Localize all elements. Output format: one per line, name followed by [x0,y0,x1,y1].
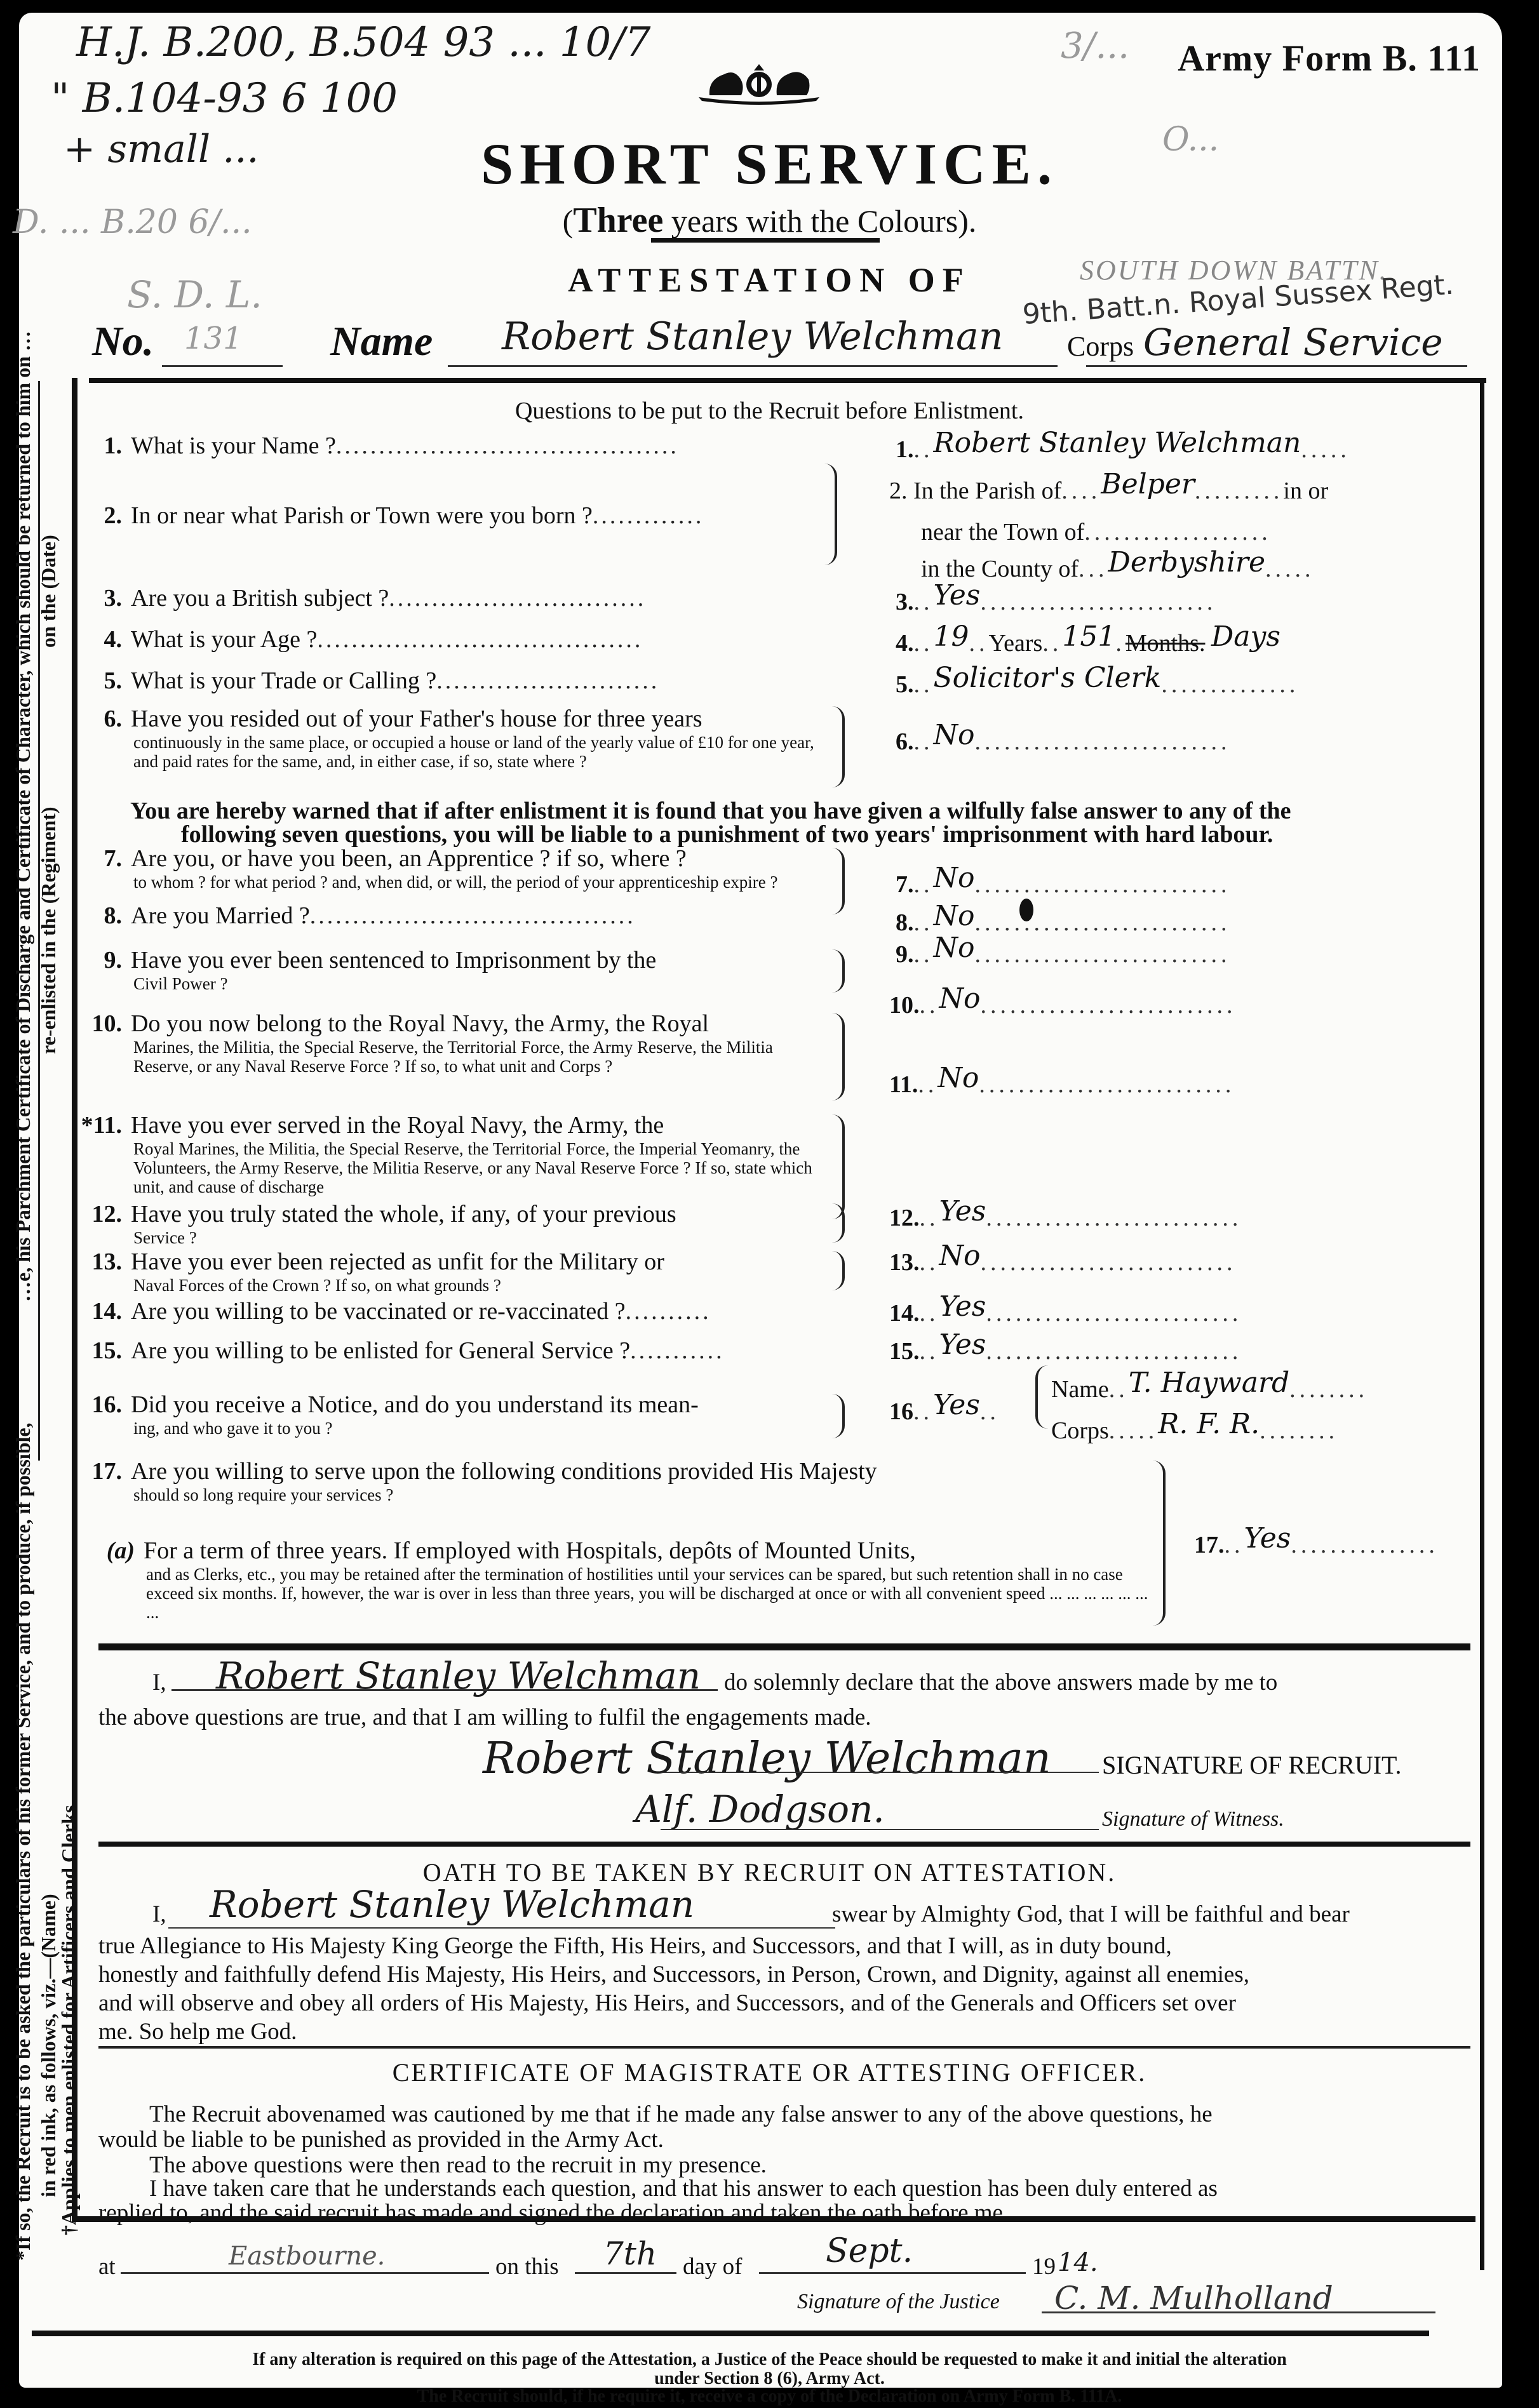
witness-signature-field[interactable]: Alf. Dodgson. [635,1788,885,1831]
oath-prefix: I, [152,1899,166,1930]
answer-6-value[interactable]: No [934,719,975,751]
subtitle-bold: Three [573,201,663,240]
answer-9-value[interactable]: No [934,932,975,964]
answer-16-name: Name..T. Hayward........ [1051,1372,1368,1404]
oath-name-underline [168,1927,835,1929]
question-12: 12.Have you truly stated the whole, if a… [89,1200,835,1247]
form-title: SHORT SERVICE. [0,130,1539,197]
form-number: Army Form B. 111 [1178,37,1481,79]
question-15: 15.Are you willing to be enlisted for Ge… [89,1337,725,1365]
answer-14: 14...Yes.......................... [889,1295,1242,1328]
question-7-brace [832,848,845,914]
name-field[interactable]: Robert Stanley Welchman [502,314,1003,359]
frame-right-rule [1480,378,1484,2270]
answer-12: 12...Yes.......................... [889,1200,1242,1233]
corps-underline [1086,365,1467,367]
answer-5-value[interactable]: Solicitor's Clerk [934,662,1162,694]
answer-16-corps-value[interactable]: R. F. R. [1158,1408,1260,1440]
answer-10-value[interactable]: No [939,982,981,1015]
question-8: 8.Are you Married ?.....................… [89,902,636,930]
title-rule [651,238,880,243]
question-4: 4.What is your Age ?....................… [89,625,643,653]
question-14: 14.Are you willing to be vaccinated or r… [89,1297,711,1325]
answer-13-value[interactable]: No [939,1240,981,1272]
recruit-signature-field[interactable]: Robert Stanley Welchman [483,1734,1051,1784]
at-place-field[interactable]: Eastbourne. [229,2242,385,2271]
no-label: No. [92,318,154,366]
at-underline [121,2272,489,2274]
witness-signature-label: Signature of Witness. [1102,1803,1284,1835]
answer-16: 16..Yes.. [889,1394,1000,1426]
name-label: Name [330,318,433,366]
annotation-line-1: H.J. B.200, B.504 93 ... 10/7 [76,19,651,66]
answer-1-value[interactable]: Robert Stanley Welchman [934,427,1301,459]
answer-16-name-value[interactable]: T. Hayward [1129,1367,1289,1399]
footer-line-3: The Recruit should, if he require it, re… [0,2386,1539,2407]
section-rule-footer [32,2331,1429,2336]
month-underline [759,2272,1026,2274]
no-field[interactable]: 131 [184,321,243,356]
certificate-p3b: replied to, and the said recruit has mad… [98,2197,1003,2229]
witness-signature-underline [661,1829,1099,1830]
answer-4-years-value[interactable]: 19 [934,620,969,653]
day-of-label: day of [683,2251,743,2283]
question-1: 1.What is your Name ?...................… [89,432,679,460]
declaration-text-2: the above questions are true, and that I… [98,1702,871,1734]
question-16: 16.Did you receive a Notice, and do you … [89,1391,835,1438]
answer-12-value[interactable]: Yes [939,1195,986,1227]
year-field[interactable]: 14. [1058,2248,1098,2277]
corps-field[interactable]: General Service [1143,321,1443,364]
answer-13: 13...No.......................... [889,1245,1237,1277]
question-3: 3.Are you a British subject ?...........… [89,584,646,612]
oath-text-3: honestly and faithfully defend His Majes… [98,1959,1249,1991]
justice-signature-label: Signature of the Justice [797,2286,1000,2318]
name-underline [448,365,1058,367]
answer-7-value[interactable]: No [934,862,975,894]
margin-note-outer-top: …e, his Parchment Certificate of Dischar… [11,331,35,1302]
section-rule-declaration [98,1643,1470,1650]
on-this-label: on this [495,2251,559,2283]
frame-top-rule [89,378,1486,383]
recruit-signature-label: SIGNATURE OF RECRUIT. [1102,1749,1402,1781]
answer-1: 1...Robert Stanley Welchman..... [896,432,1350,464]
answer-17: 17...Yes............... [1194,1527,1439,1560]
answer-4-months-value[interactable]: 151 [1062,620,1115,653]
answer-6: 6...No.......................... [896,724,1231,756]
month-field[interactable]: Sept. [826,2232,913,2270]
ink-blot [1019,899,1033,921]
answer-16-brace [1035,1365,1048,1429]
oath-text-5: me. So help me God. [98,2016,297,2048]
answer-11-value[interactable]: No [938,1062,979,1094]
oath-text-2: true Allegiance to His Majesty King Geor… [98,1930,1172,1962]
declaration-name-underline [171,1689,718,1691]
answer-2-county-value[interactable]: Derbyshire [1108,546,1265,579]
question-5: 5.What is your Trade or Calling ?.......… [89,667,659,695]
justice-signature-underline [1042,2311,1435,2313]
footer-line-1: If any alteration is required on this pa… [0,2350,1539,2370]
question-13: 13.Have you ever been rejected as unfit … [89,1248,835,1295]
question-6-brace [832,706,845,787]
question-10-brace [832,1013,845,1100]
question-11: *11.Have you ever served in the Royal Na… [76,1111,835,1196]
royal-coat-of-arms-icon [696,60,823,105]
question-7: 7.Are you, or have you been, an Apprenti… [89,845,835,892]
annotation-line-2: " B.104-93 6 100 [51,75,398,122]
subtitle-rest: years with the Colours). [663,203,976,239]
answer-8-value[interactable]: No [934,900,975,932]
question-2-brace [824,464,837,565]
corps-label: Corps [1067,330,1134,363]
question-10: 10.Do you now belong to the Royal Navy, … [89,1010,835,1076]
answer-10: 10...No.......................... [889,987,1237,1020]
margin-note-regiment: re-enlisted in the (Regiment) [37,806,60,1054]
answer-2-town: near the Town of................... [921,514,1272,547]
answer-15-value[interactable]: Yes [939,1328,986,1361]
oath-text-4: and will observe and obey all orders of … [98,1988,1236,2019]
question-2: 2.In or near what Parish or Town were yo… [89,502,704,530]
section-rule-certificate [98,2046,1470,2049]
condition-a: (a)For a term of three years. If employe… [102,1537,1150,1622]
question-17-brace [1153,1461,1166,1626]
answer-5: 5...Solicitor's Clerk.............. [896,667,1299,699]
answer-3: 3...Yes........................ [896,584,1216,617]
annotation-top-right: 3/... [1061,25,1129,67]
section-rule-oath [98,1842,1470,1847]
answer-2-parish: 2. In the Parish of....Belper.........in… [889,473,1328,505]
question-16-brace [832,1394,845,1438]
recruit-signature-underline [661,1772,1099,1773]
answer-16-corps: Corps.....R. F. R......... [1051,1413,1338,1445]
day-underline [575,2272,676,2274]
margin-note-date: on the (Date) [37,535,60,648]
answer-7: 7...No.......................... [896,867,1231,899]
margin-note-outer-bottom: *If so, the Recruit is to be asked the p… [11,1422,35,2261]
year-prefix: 19 [1032,2251,1056,2283]
answer-16-value[interactable]: Yes [933,1389,980,1421]
answer-9: 9...No.......................... [896,937,1231,969]
at-label: at [98,2251,116,2283]
oath-text-1: swear by Almighty God, that I will be fa… [832,1899,1350,1930]
question-9-brace [832,949,845,993]
oath-name-field[interactable]: Robert Stanley Welchman [210,1883,694,1926]
answer-11: 11...No.......................... [889,1067,1235,1099]
answer-2-parish-value[interactable]: Belper [1101,468,1195,500]
answer-3-value[interactable]: Yes [934,579,981,612]
declaration-prefix: I, [152,1667,166,1699]
day-field[interactable]: 7th [603,2235,657,2272]
question-6: 6.Have you resided out of your Father's … [89,705,835,771]
declaration-text-1: do solemnly declare that the above answe… [724,1667,1277,1699]
certificate-heading: CERTIFICATE OF MAGISTRATE OR ATTESTING O… [0,2057,1539,2087]
answer-15: 15...Yes.......................... [889,1334,1242,1366]
no-underline [162,365,283,367]
answer-4: 4...19..Years..151.Months. Days [896,625,1280,658]
questions-heading: Questions to be put to the Recruit befor… [0,397,1539,425]
question-17: 17.Are you willing to serve upon the fol… [89,1457,1169,1504]
subtitle-paren: ( [563,203,574,239]
answer-14-value[interactable]: Yes [939,1290,986,1323]
answer-17-value[interactable]: Yes [1244,1522,1291,1555]
question-9: 9.Have you ever been sentenced to Impris… [89,946,835,993]
form-subtitle: (Three years with the Colours). [0,200,1539,241]
